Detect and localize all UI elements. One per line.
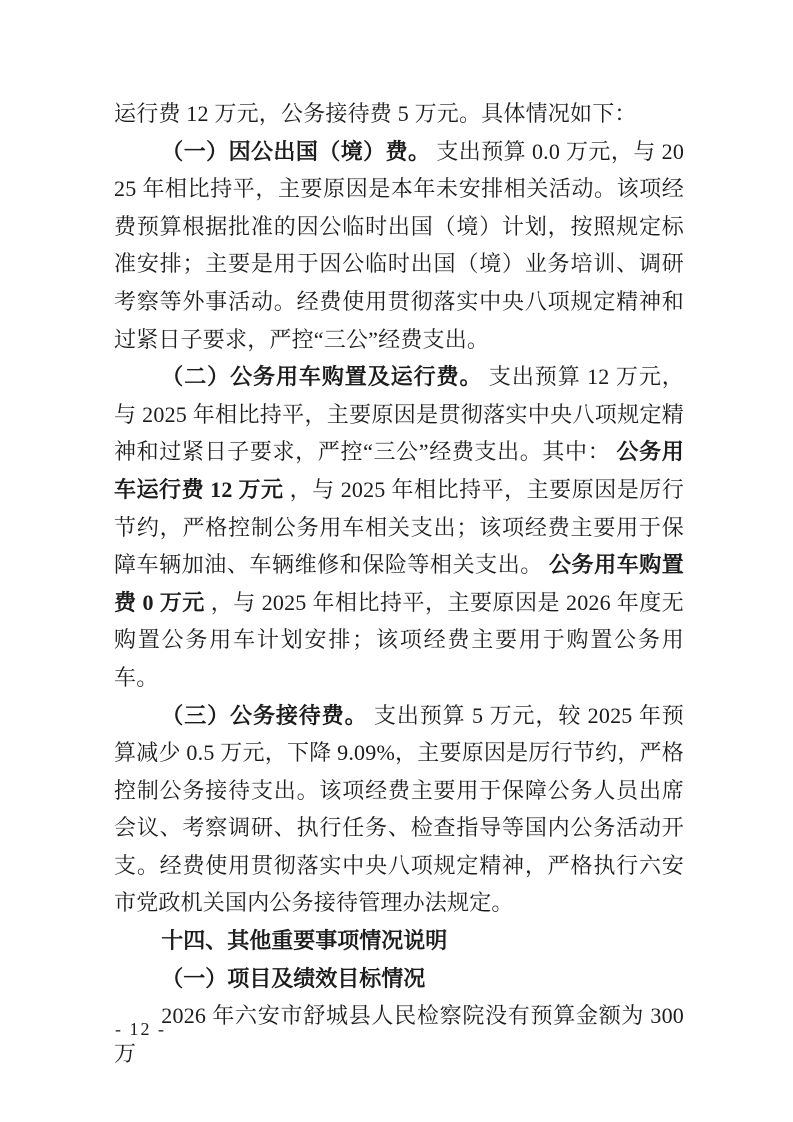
paragraph-continuation-text: 运行费 12 万元，公务接待费 5 万元。具体情况如下： xyxy=(114,101,637,126)
paragraph-continuation: 运行费 12 万元，公务接待费 5 万元。具体情况如下： xyxy=(114,95,684,133)
section-14-sub-heading-text: （一）项目及绩效目标情况 xyxy=(161,966,425,991)
section-3-body-text: 支出预算 5 万元，较 2025 年预算减少 0.5 万元，下降 9.09%，主… xyxy=(114,703,684,916)
section-14-heading: 十四、其他重要事项情况说明 xyxy=(114,922,684,960)
section-14-sub-heading: （一）项目及绩效目标情况 xyxy=(114,960,684,998)
document-page: 运行费 12 万元，公务接待费 5 万元。具体情况如下： （一）因公出国（境）费… xyxy=(0,0,793,1122)
paragraph-projects-performance-text: 2026 年六安市舒城县人民检察院没有预算金额为 300 万 xyxy=(114,1003,684,1066)
section-3-runin-heading: （三）公务接待费。 xyxy=(161,703,367,728)
paragraph-section-2: （二）公务用车购置及运行费。 支出预算 12 万元，与 2025 年相比持平，主… xyxy=(114,358,684,696)
section-14-heading-text: 十四、其他重要事项情况说明 xyxy=(161,928,447,953)
section-2-runin-heading: （二）公务用车购置及运行费。 xyxy=(161,364,482,389)
document-body: 运行费 12 万元，公务接待费 5 万元。具体情况如下： （一）因公出国（境）费… xyxy=(114,95,684,1072)
section-1-body-text: 支出预算 0.0 万元，与 2025 年相比持平，主要原因是本年未安排相关活动。… xyxy=(114,139,684,352)
paragraph-section-1: （一）因公出国（境）费。 支出预算 0.0 万元，与 2025 年相比持平，主要… xyxy=(114,133,684,359)
page-number: - 12 - xyxy=(115,1015,166,1043)
section-1-runin-heading: （一）因公出国（境）费。 xyxy=(161,139,430,164)
paragraph-section-3: （三）公务接待费。 支出预算 5 万元，较 2025 年预算减少 0.5 万元，… xyxy=(114,697,684,923)
paragraph-projects-performance: 2026 年六安市舒城县人民检察院没有预算金额为 300 万 xyxy=(114,997,684,1072)
